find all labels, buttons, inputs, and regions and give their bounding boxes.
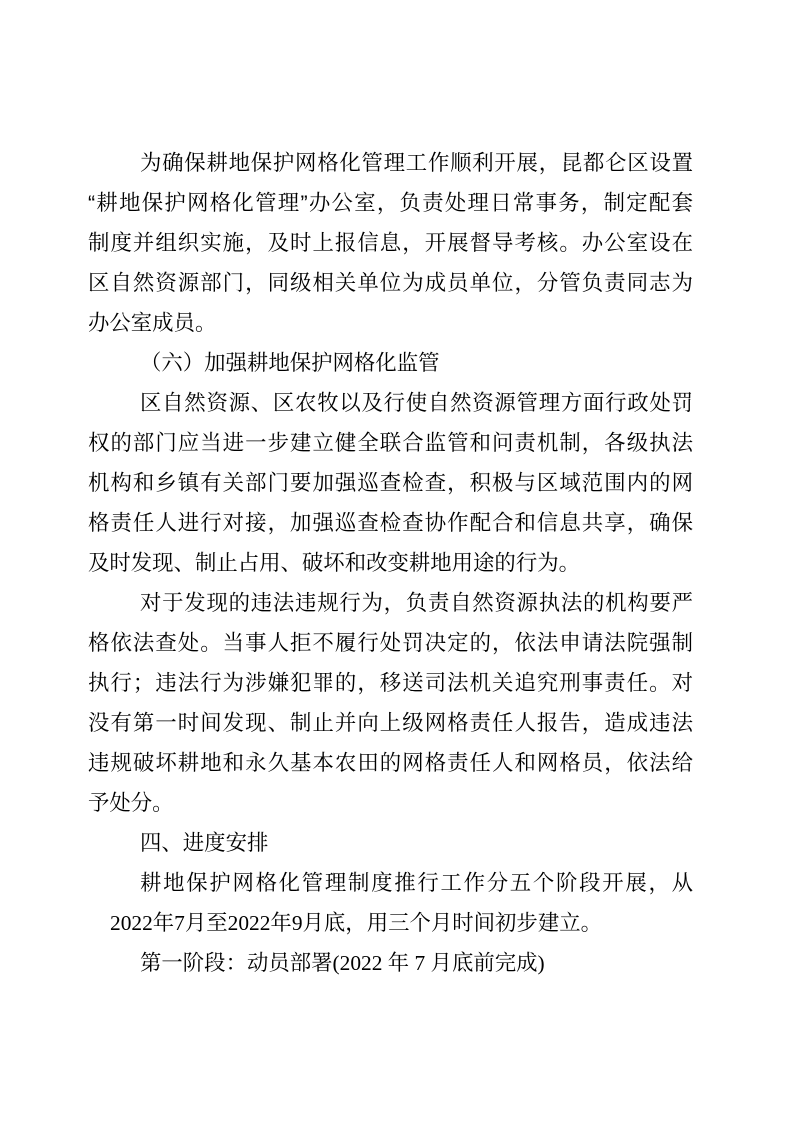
paragraph-schedule-line: 耕地保护网格化管理制度推行工作分五个阶段开展，从 bbox=[88, 863, 693, 903]
paragraph-enforcement-line: 违规破坏耕地和永久基本农田的网格责任人和网格员，依法给 bbox=[88, 743, 693, 783]
paragraph-supervision-line: 格责任人进行对接，加强巡查检查协作配合和信息共享，确保 bbox=[88, 503, 693, 543]
document-text-block: 为确保耕地保护网格化管理工作顺利开展，昆都仑区设置 “耕地保护网格化管理”办公室… bbox=[88, 143, 693, 983]
paragraph-enforcement-line: 予处分。 bbox=[88, 783, 693, 823]
document-page: 为确保耕地保护网格化管理工作顺利开展，昆都仑区设置 “耕地保护网格化管理”办公室… bbox=[0, 0, 793, 1122]
paragraph-enforcement-line: 执行；违法行为涉嫌犯罪的，移送司法机关追究刑事责任。对 bbox=[88, 663, 693, 703]
paragraph-enforcement-line: 格依法查处。当事人拒不履行处罚决定的，依法申请法院强制 bbox=[88, 623, 693, 663]
paragraph-office-setup-line: 区自然资源部门，同级相关单位为成员单位，分管负责同志为 bbox=[88, 263, 693, 303]
paragraph-schedule-line: 2022年7月至2022年9月底，用三个月时间初步建立。 bbox=[88, 903, 693, 943]
phase-one-line: 第一阶段：动员部署(2022 年 7 月底前完成) bbox=[88, 943, 693, 983]
paragraph-office-setup-line: “耕地保护网格化管理”办公室，负责处理日常事务，制定配套 bbox=[88, 183, 693, 223]
paragraph-office-setup-line: 为确保耕地保护网格化管理工作顺利开展，昆都仑区设置 bbox=[88, 143, 693, 183]
heading-section-four: 四、进度安排 bbox=[88, 823, 693, 863]
paragraph-supervision-line: 区自然资源、区农牧以及行使自然资源管理方面行政处罚 bbox=[88, 383, 693, 423]
heading-section-six: （六）加强耕地保护网格化监管 bbox=[88, 343, 693, 383]
paragraph-enforcement-line: 对于发现的违法违规行为，负责自然资源执法的机构要严 bbox=[88, 583, 693, 623]
paragraph-office-setup-line: 办公室成员。 bbox=[88, 303, 693, 343]
paragraph-office-setup-line: 制度并组织实施，及时上报信息，开展督导考核。办公室设在 bbox=[88, 223, 693, 263]
paragraph-supervision-line: 权的部门应当进一步建立健全联合监管和问责机制，各级执法 bbox=[88, 423, 693, 463]
paragraph-enforcement-line: 没有第一时间发现、制止并向上级网格责任人报告，造成违法 bbox=[88, 703, 693, 743]
paragraph-supervision-line: 机构和乡镇有关部门要加强巡查检查，积极与区域范围内的网 bbox=[88, 463, 693, 503]
paragraph-supervision-line: 及时发现、制止占用、破坏和改变耕地用途的行为。 bbox=[88, 543, 693, 583]
